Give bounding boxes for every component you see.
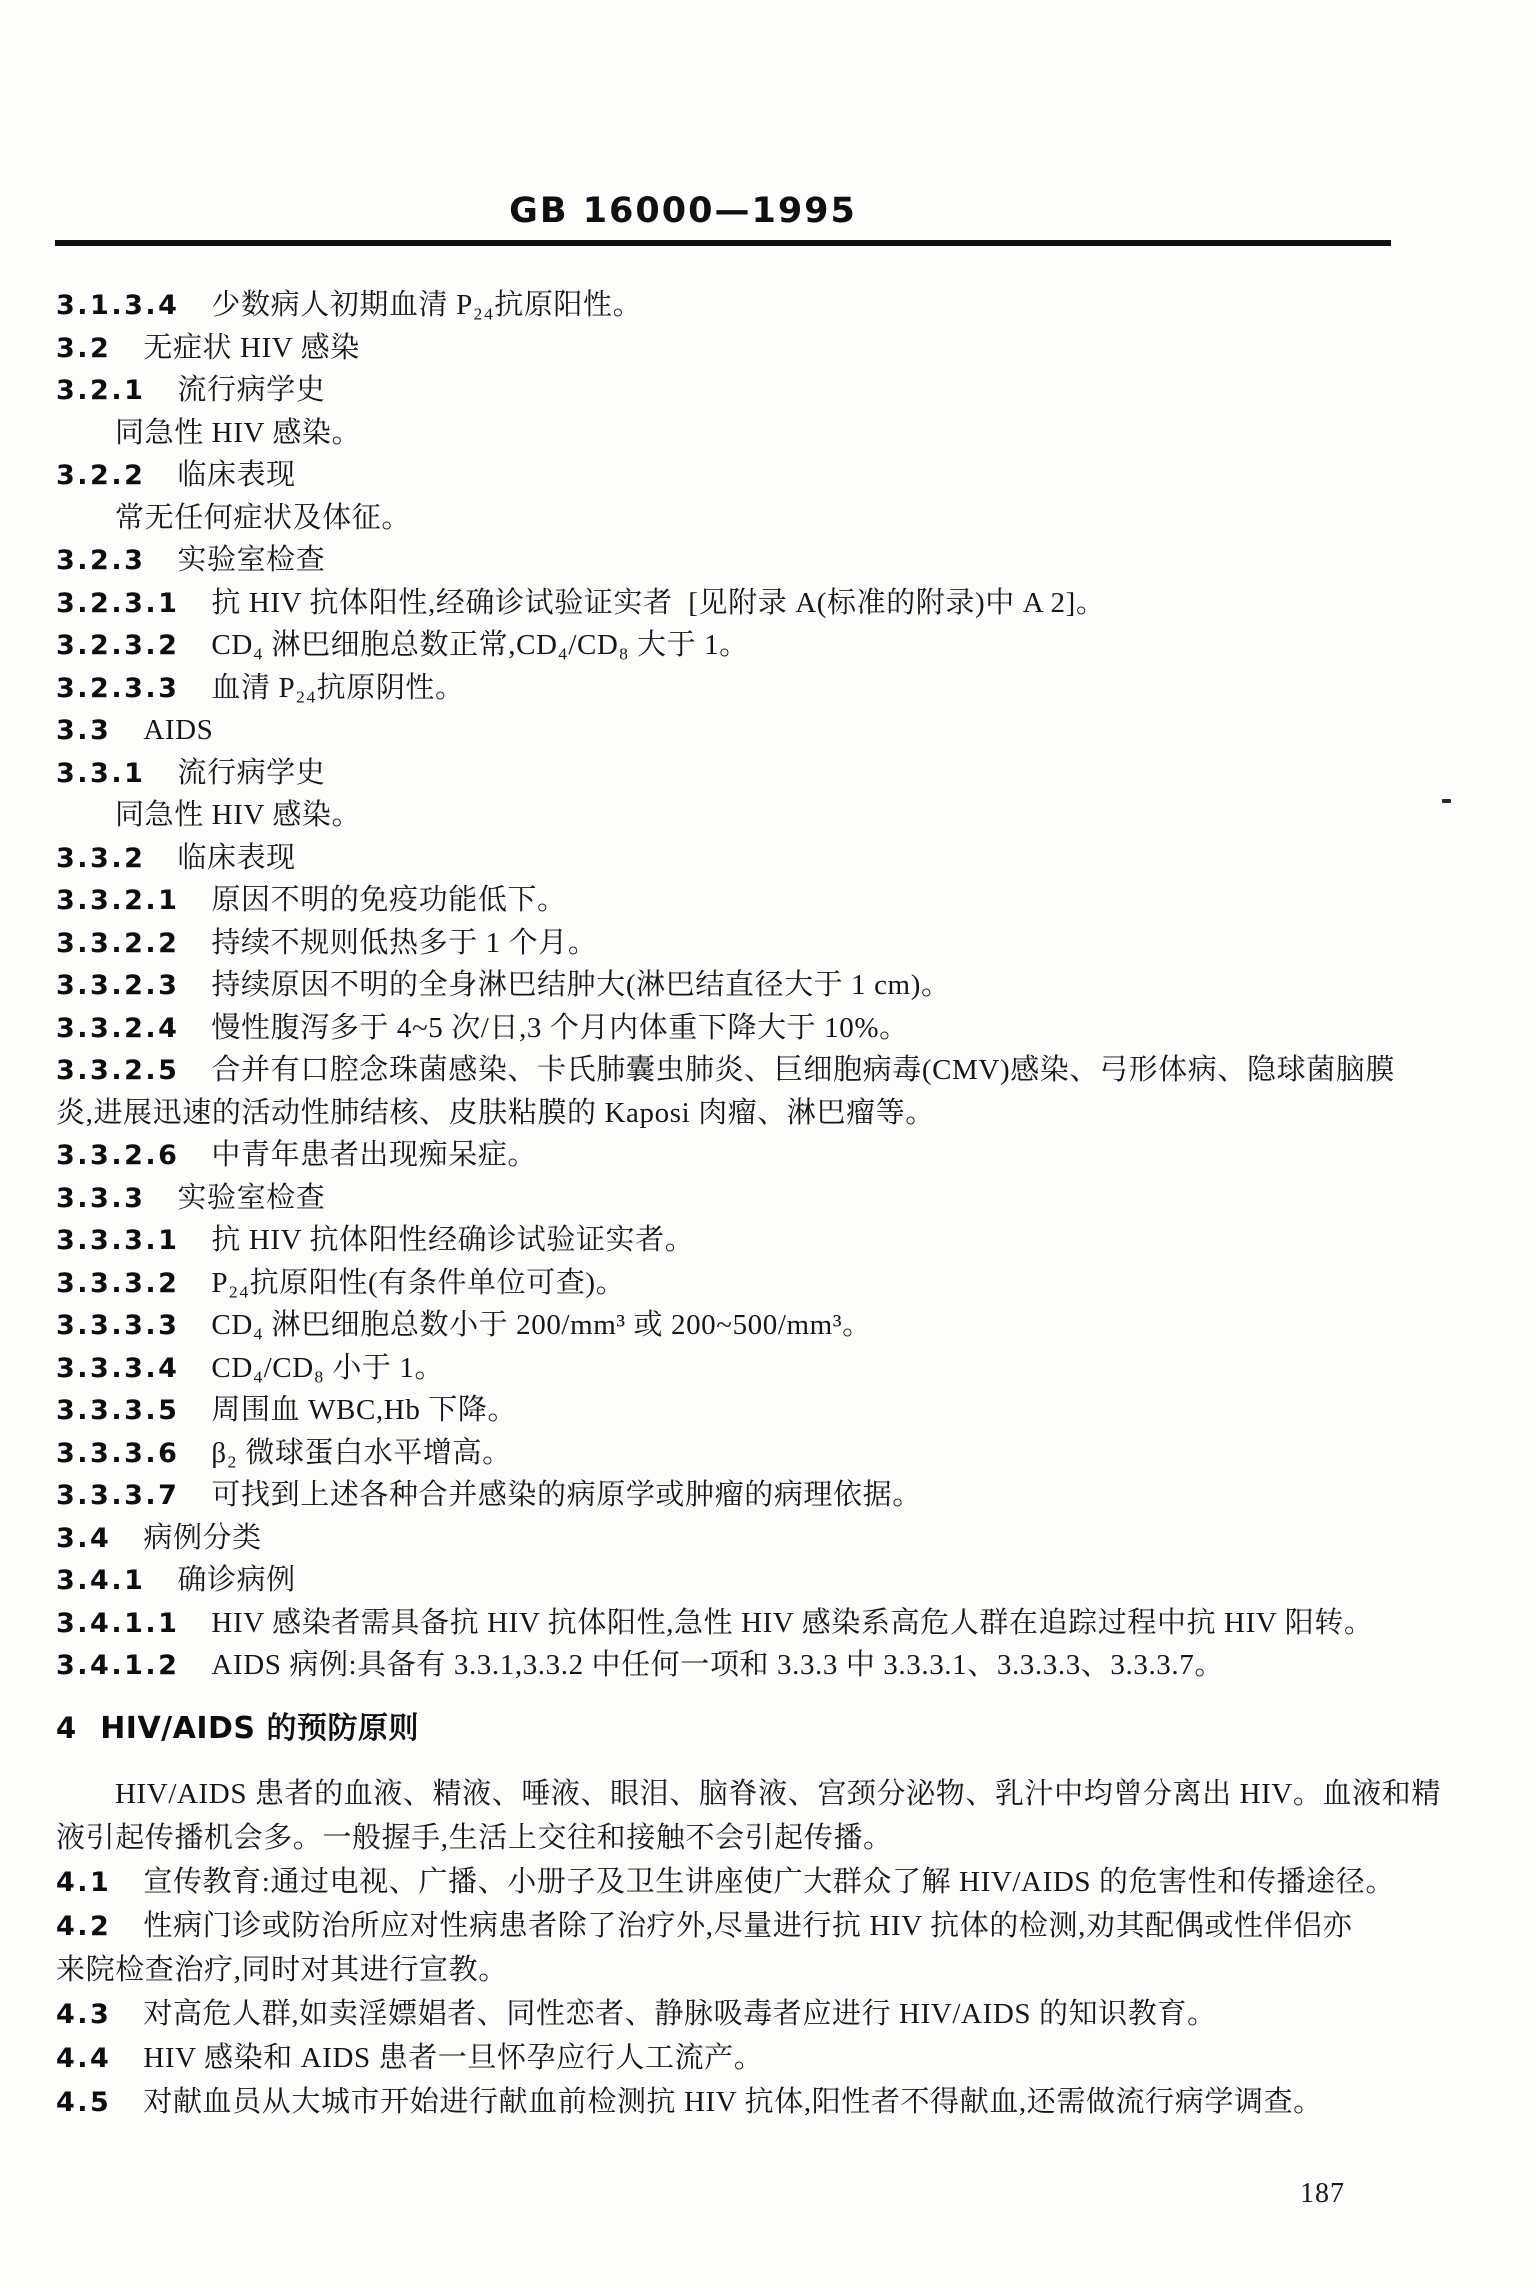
- text-line: HIV/AIDS 患者的血液、精液、唾液、眼泪、脑脊液、宫颈分泌物、乳汁中均曾分…: [56, 1772, 1516, 1816]
- clause-number: 3.3.2.3: [56, 965, 179, 1008]
- clause-text: CD₄/CD₈ 小于 1。: [211, 1352, 444, 1384]
- scan-artifact-dash: [1442, 799, 1451, 803]
- clause-text: 实验室检查: [177, 544, 325, 576]
- clause-text: HIV 感染者需具备抗 HIV 抗体阳性,急性 HIV 感染系高危人群在追踪过程…: [211, 1607, 1373, 1639]
- clause-number: 3.3.3.1: [56, 1220, 179, 1263]
- clause-number: 3.3.2: [56, 838, 145, 881]
- clause-text: 原因不明的免疫功能低下。: [211, 884, 566, 916]
- clause-text: 对高危人群,如卖淫嫖娼者、同性恋者、静脉吸毒者应进行 HIV/AIDS 的知识教…: [143, 1998, 1216, 2030]
- clause-number: 4.1: [56, 1861, 111, 1905]
- clause-line: 3.3.3.5周围血 WBC,Hb 下降。: [56, 1389, 1516, 1432]
- clause-text: 抗 HIV 抗体阳性,经确诊试验证实者 [见附录 A(标准的附录)中 A 2]。: [211, 587, 1105, 619]
- clause-line: 3.3.2.5合并有口腔念珠菌感染、卡氏肺囊虫肺炎、巨细胞病毒(CMV)感染、弓…: [56, 1049, 1516, 1092]
- clause-number: 3.3.2.4: [56, 1008, 179, 1051]
- clause-text: 临床表现: [177, 842, 295, 874]
- clause-line: 3.2.1流行病学史: [56, 369, 1516, 412]
- clause-number: 3.3.3.5: [56, 1390, 179, 1433]
- clause-text: 病例分类: [143, 1522, 261, 1554]
- clause-text: 持续原因不明的全身淋巴结肿大(淋巴结直径大于 1 cm)。: [211, 969, 950, 1001]
- clause-number: 3.3.3.7: [56, 1475, 179, 1518]
- text-line: 常无任何症状及体征。: [56, 497, 1516, 540]
- clause-line: 3.4.1.2AIDS 病例:具备有 3.3.1,3.3.2 中任何一项和 3.…: [56, 1644, 1516, 1687]
- clause-number: 3.2.3.2: [56, 625, 179, 668]
- clause-text: 对献血员从大城市开始进行献血前检测抗 HIV 抗体,阳性者不得献血,还需做流行病…: [143, 2086, 1322, 2118]
- section-heading: 4HIV/AIDS 的预防原则: [56, 1706, 1516, 1751]
- clause-text: 宣传教育:通过电视、广播、小册子及卫生讲座使广大群众了解 HIV/AIDS 的危…: [143, 1866, 1395, 1898]
- clause-line: 3.3.3实验室检查: [56, 1177, 1516, 1220]
- clause-number: 4.3: [56, 1993, 111, 2037]
- clause-line: 3.3.2.6中青年患者出现痴呆症。: [56, 1134, 1516, 1177]
- clause-text: 可找到上述各种合并感染的病原学或肿瘤的病理依据。: [211, 1479, 921, 1511]
- clause-number: 3.2.1: [56, 370, 145, 413]
- clause-line: 3.4.1确诊病例: [56, 1559, 1516, 1602]
- clause-number: 3.2: [56, 328, 111, 371]
- clause-text: 确诊病例: [177, 1564, 295, 1596]
- clause-line: 3.3.1流行病学史: [56, 752, 1516, 795]
- clause-number: 3.3.3.3: [56, 1305, 179, 1348]
- clause-text: CD₄ 淋巴细胞总数小于 200/mm³ 或 200~500/mm³。: [211, 1309, 871, 1341]
- clause-text: 中青年患者出现痴呆症。: [211, 1139, 537, 1171]
- document-body: 3.1.3.4少数病人初期血清 P₂₄抗原阳性。3.2无症状 HIV 感染3.2…: [56, 284, 1516, 2124]
- clause-number: 3.3.3.4: [56, 1348, 179, 1391]
- clause-text: CD₄ 淋巴细胞总数正常,CD₄/CD₈ 大于 1。: [211, 629, 748, 661]
- clause-number: 3.3.2.2: [56, 923, 179, 966]
- clause-number: 3.3.1: [56, 753, 145, 796]
- clause-number: 3.2.3.3: [56, 668, 179, 711]
- clause-text: 慢性腹泻多于 4~5 次/日,3 个月内体重下降大于 10%。: [211, 1012, 908, 1044]
- clause-line: 3.3.3.6β₂ 微球蛋白水平增高。: [56, 1432, 1516, 1475]
- text-line: 炎,进展迅速的活动性肺结核、皮肤粘膜的 Kaposi 肉瘤、淋巴瘤等。: [56, 1092, 1516, 1135]
- clause-line: 3.3.3.4CD₄/CD₈ 小于 1。: [56, 1347, 1516, 1390]
- clause-line: 4.3对高危人群,如卖淫嫖娼者、同性恋者、静脉吸毒者应进行 HIV/AIDS 的…: [56, 1992, 1516, 2036]
- clause-line: 3.2.3.3血清 P₂₄抗原阴性。: [56, 667, 1516, 710]
- clause-line: 4.5对献血员从大城市开始进行献血前检测抗 HIV 抗体,阳性者不得献血,还需做…: [56, 2080, 1516, 2124]
- clause-number: 3.3.2.5: [56, 1050, 179, 1093]
- clause-number: 3.3.3.2: [56, 1263, 179, 1306]
- clause-number: 3.3.2.6: [56, 1135, 179, 1178]
- clause-text: 少数病人初期血清 P₂₄抗原阳性。: [211, 289, 642, 321]
- clause-text: 流行病学史: [177, 374, 325, 406]
- clause-number: 4.5: [56, 2081, 111, 2125]
- clause-line: 3.3.2.4慢性腹泻多于 4~5 次/日,3 个月内体重下降大于 10%。: [56, 1007, 1516, 1050]
- clause-line: 3.2.2临床表现: [56, 454, 1516, 497]
- clause-text: 合并有口腔念珠菌感染、卡氏肺囊虫肺炎、巨细胞病毒(CMV)感染、弓形体病、隐球菌…: [211, 1054, 1395, 1086]
- clause-text: 炎,进展迅速的活动性肺结核、皮肤粘膜的 Kaposi 肉瘤、淋巴瘤等。: [56, 1097, 935, 1129]
- clause-line: 4.2性病门诊或防治所应对性病患者除了治疗外,尽量进行抗 HIV 抗体的检测,劝…: [56, 1904, 1516, 1948]
- header-divider-rule: [55, 240, 1391, 246]
- clause-line: 3.3.3.3CD₄ 淋巴细胞总数小于 200/mm³ 或 200~500/mm…: [56, 1304, 1516, 1347]
- clause-line: 3.4病例分类: [56, 1517, 1516, 1560]
- clause-line: 3.3.3.7可找到上述各种合并感染的病原学或肿瘤的病理依据。: [56, 1474, 1516, 1517]
- clause-text: 流行病学史: [177, 757, 325, 789]
- clause-line: 3.3.2.2持续不规则低热多于 1 个月。: [56, 922, 1516, 965]
- page-number: 187: [1300, 2178, 1345, 2210]
- clause-number: 4: [56, 1706, 76, 1751]
- clause-text: 抗 HIV 抗体阳性经确诊试验证实者。: [211, 1224, 694, 1256]
- clause-number: 4.2: [56, 1905, 111, 1949]
- clause-number: 3.3: [56, 710, 111, 753]
- text-line: 液引起传播机会多。一般握手,生活上交往和接触不会引起传播。: [56, 1816, 1516, 1860]
- clause-text: 临床表现: [177, 459, 295, 491]
- clause-text: AIDS 病例:具备有 3.3.1,3.3.2 中任何一项和 3.3.3 中 3…: [211, 1649, 1224, 1681]
- clause-text: 血清 P₂₄抗原阴性。: [211, 672, 464, 704]
- clause-text: P₂₄抗原阳性(有条件单位可查)。: [211, 1267, 625, 1299]
- clause-number: 3.1.3.4: [56, 285, 179, 328]
- standard-code-header: GB 16000—1995: [0, 191, 1451, 231]
- clause-text: 无症状 HIV 感染: [143, 332, 360, 364]
- clause-number: 3.3.3: [56, 1178, 145, 1221]
- clause-number: 3.3.2.1: [56, 880, 179, 923]
- clause-line: 3.2无症状 HIV 感染: [56, 327, 1516, 370]
- clause-line: 3.3.3.1抗 HIV 抗体阳性经确诊试验证实者。: [56, 1219, 1516, 1262]
- clause-text: HIV/AIDS 患者的血液、精液、唾液、眼泪、脑脊液、宫颈分泌物、乳汁中均曾分…: [115, 1778, 1441, 1810]
- clause-line: 3.3.2.1原因不明的免疫功能低下。: [56, 879, 1516, 922]
- clause-text: 周围血 WBC,Hb 下降。: [211, 1394, 517, 1426]
- clause-line: 3.3AIDS: [56, 709, 1516, 752]
- clause-line: 3.4.1.1HIV 感染者需具备抗 HIV 抗体阳性,急性 HIV 感染系高危…: [56, 1602, 1516, 1645]
- clause-line: 3.2.3.1抗 HIV 抗体阳性,经确诊试验证实者 [见附录 A(标准的附录)…: [56, 582, 1516, 625]
- clause-number: 3.4.1.2: [56, 1645, 179, 1688]
- clause-line: 3.3.2临床表现: [56, 837, 1516, 880]
- clause-text: 同急性 HIV 感染。: [115, 417, 361, 449]
- clause-text: AIDS: [143, 714, 213, 746]
- clause-number: 3.2.2: [56, 455, 145, 498]
- clause-text: 同急性 HIV 感染。: [115, 799, 361, 831]
- clause-number: 4.4: [56, 2037, 111, 2081]
- clause-line: 3.2.3实验室检查: [56, 539, 1516, 582]
- clause-text: 液引起传播机会多。一般握手,生活上交往和接触不会引起传播。: [56, 1822, 893, 1854]
- clause-text: β₂ 微球蛋白水平增高。: [211, 1437, 511, 1469]
- clause-text: 持续不规则低热多于 1 个月。: [211, 927, 597, 959]
- text-line: 同急性 HIV 感染。: [56, 412, 1516, 455]
- clause-text: 来院检查治疗,同时对其进行宣教。: [56, 1954, 508, 1986]
- clause-number: 3.4: [56, 1518, 111, 1561]
- clause-line: 4.4HIV 感染和 AIDS 患者一旦怀孕应行人工流产。: [56, 2036, 1516, 2080]
- clause-text: 实验室检查: [177, 1182, 325, 1214]
- clause-number: 3.4.1.1: [56, 1603, 179, 1646]
- clause-line: 3.1.3.4少数病人初期血清 P₂₄抗原阳性。: [56, 284, 1516, 327]
- scanned-standard-page: GB 16000—1995 3.1.3.4少数病人初期血清 P₂₄抗原阳性。3.…: [0, 0, 1536, 2285]
- clause-line: 3.3.2.3持续原因不明的全身淋巴结肿大(淋巴结直径大于 1 cm)。: [56, 964, 1516, 1007]
- section-heading-text: HIV/AIDS 的预防原则: [100, 1711, 419, 1746]
- clause-text: 性病门诊或防治所应对性病患者除了治疗外,尽量进行抗 HIV 抗体的检测,劝其配偶…: [143, 1910, 1352, 1942]
- clause-number: 3.3.3.6: [56, 1433, 179, 1476]
- text-line: 来院检查治疗,同时对其进行宣教。: [56, 1948, 1516, 1992]
- clause-number: 3.2.3.1: [56, 583, 179, 626]
- clause-line: 3.3.3.2P₂₄抗原阳性(有条件单位可查)。: [56, 1262, 1516, 1305]
- clause-text: HIV 感染和 AIDS 患者一旦怀孕应行人工流产。: [143, 2042, 763, 2074]
- clause-line: 4.1宣传教育:通过电视、广播、小册子及卫生讲座使广大群众了解 HIV/AIDS…: [56, 1860, 1516, 1904]
- clause-text: 常无任何症状及体征。: [115, 502, 411, 534]
- clause-number: 3.4.1: [56, 1560, 145, 1603]
- text-line: 同急性 HIV 感染。: [56, 794, 1516, 837]
- clause-line: 3.2.3.2CD₄ 淋巴细胞总数正常,CD₄/CD₈ 大于 1。: [56, 624, 1516, 667]
- clause-number: 3.2.3: [56, 540, 145, 583]
